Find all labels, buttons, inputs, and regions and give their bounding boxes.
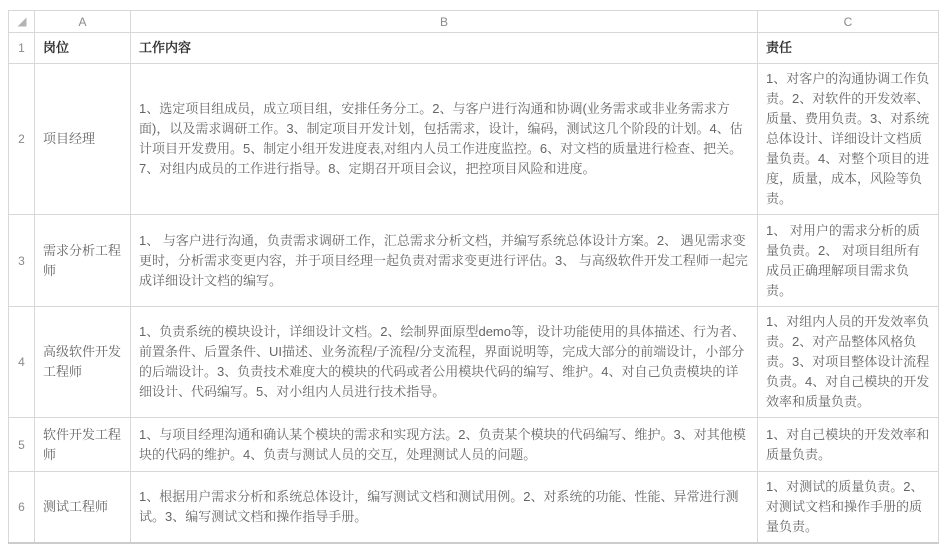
cell-c1-responsibility-header[interactable]: 责任: [758, 33, 939, 64]
table-row: 1 岗位 工作内容 责任: [9, 33, 939, 64]
cell-c3-responsibility[interactable]: 1、 对用户的需求分析的质量负责。2、 对项目组所有成员正确理解项目需求负责。: [758, 215, 939, 307]
table-row: 4 高级软件开发工程师 1、负责系统的模块设计，详细设计文档。2、绘制界面原型d…: [9, 307, 939, 418]
cell-b6-work-content[interactable]: 1、根据用户需求分析和系统总体设计，编写测试文档和测试用例。2、对系统的功能、性…: [131, 472, 758, 530]
select-all-corner[interactable]: [9, 11, 35, 33]
cell-c2-responsibility[interactable]: 1、对客户的沟通协调工作负责。2、对软件的开发效率、质量、费用负责。3、对系统总…: [758, 64, 939, 215]
cell-a5-role[interactable]: 软件开发工程师: [35, 418, 131, 472]
cell-b3-work-content[interactable]: 1、 与客户进行沟通，负责需求调研工作，汇总需求分析文档，并编写系统总体设计方案…: [131, 215, 758, 307]
cell-c5-responsibility[interactable]: 1、对自己模块的开发效率和质量负责。: [758, 418, 939, 472]
row-number[interactable]: 4: [9, 307, 35, 418]
column-header-a[interactable]: A: [35, 11, 131, 33]
table-row: 2 项目经理 1、选定项目组成员，成立项目组，安排任务分工。2、与客户进行沟通和…: [9, 64, 939, 215]
row-number[interactable]: 1: [9, 33, 35, 64]
cell-a2-role[interactable]: 项目经理: [35, 64, 131, 215]
column-header-row: A B C: [9, 11, 939, 33]
table-row: 5 软件开发工程师 1、与项目经理沟通和确认某个模块的需求和实现方法。2、负责某…: [9, 418, 939, 472]
cell-b4-work-content[interactable]: 1、负责系统的模块设计，详细设计文档。2、绘制界面原型demo等，设计功能使用的…: [131, 307, 758, 418]
column-header-b[interactable]: B: [131, 11, 758, 33]
select-all-triangle-icon: [17, 17, 26, 26]
column-header-c[interactable]: C: [758, 11, 939, 33]
cell-a6-role[interactable]: 测试工程师: [35, 472, 131, 530]
row-number[interactable]: 5: [9, 418, 35, 472]
cell-b1-work-content-header[interactable]: 工作内容: [131, 33, 758, 64]
row-number[interactable]: 2: [9, 64, 35, 215]
row-number[interactable]: 6: [9, 472, 35, 530]
cell-b5-work-content[interactable]: 1、与项目经理沟通和确认某个模块的需求和实现方法。2、负责某个模块的代码编写、维…: [131, 418, 758, 472]
table-row: 3 需求分析工程师 1、 与客户进行沟通，负责需求调研工作，汇总需求分析文档，并…: [9, 215, 939, 307]
cell-a4-role[interactable]: 高级软件开发工程师: [35, 307, 131, 418]
cell-a3-role[interactable]: 需求分析工程师: [35, 215, 131, 307]
row-number[interactable]: 3: [9, 215, 35, 307]
cell-b2-work-content[interactable]: 1、选定项目组成员，成立项目组，安排任务分工。2、与客户进行沟通和协调(业务需求…: [131, 64, 758, 215]
spreadsheet: A B C 1 岗位 工作内容 责任 2 项目经理 1、选定项目组成员，成立项目…: [8, 10, 939, 529]
cell-c6-responsibility[interactable]: 1、对测试的质量负责。2、对测试文档和操作手册的质量负责。: [758, 472, 939, 530]
cell-a1-position-header[interactable]: 岗位: [35, 33, 131, 64]
cell-c4-responsibility[interactable]: 1、对组内人员的开发效率负责。2、对产品整体风格负责。3、对项目整体设计流程负责…: [758, 307, 939, 418]
spreadsheet-grid: A B C 1 岗位 工作内容 责任 2 项目经理 1、选定项目组成员，成立项目…: [8, 10, 939, 529]
table-row: 6 测试工程师 1、根据用户需求分析和系统总体设计，编写测试文档和测试用例。2、…: [9, 472, 939, 530]
